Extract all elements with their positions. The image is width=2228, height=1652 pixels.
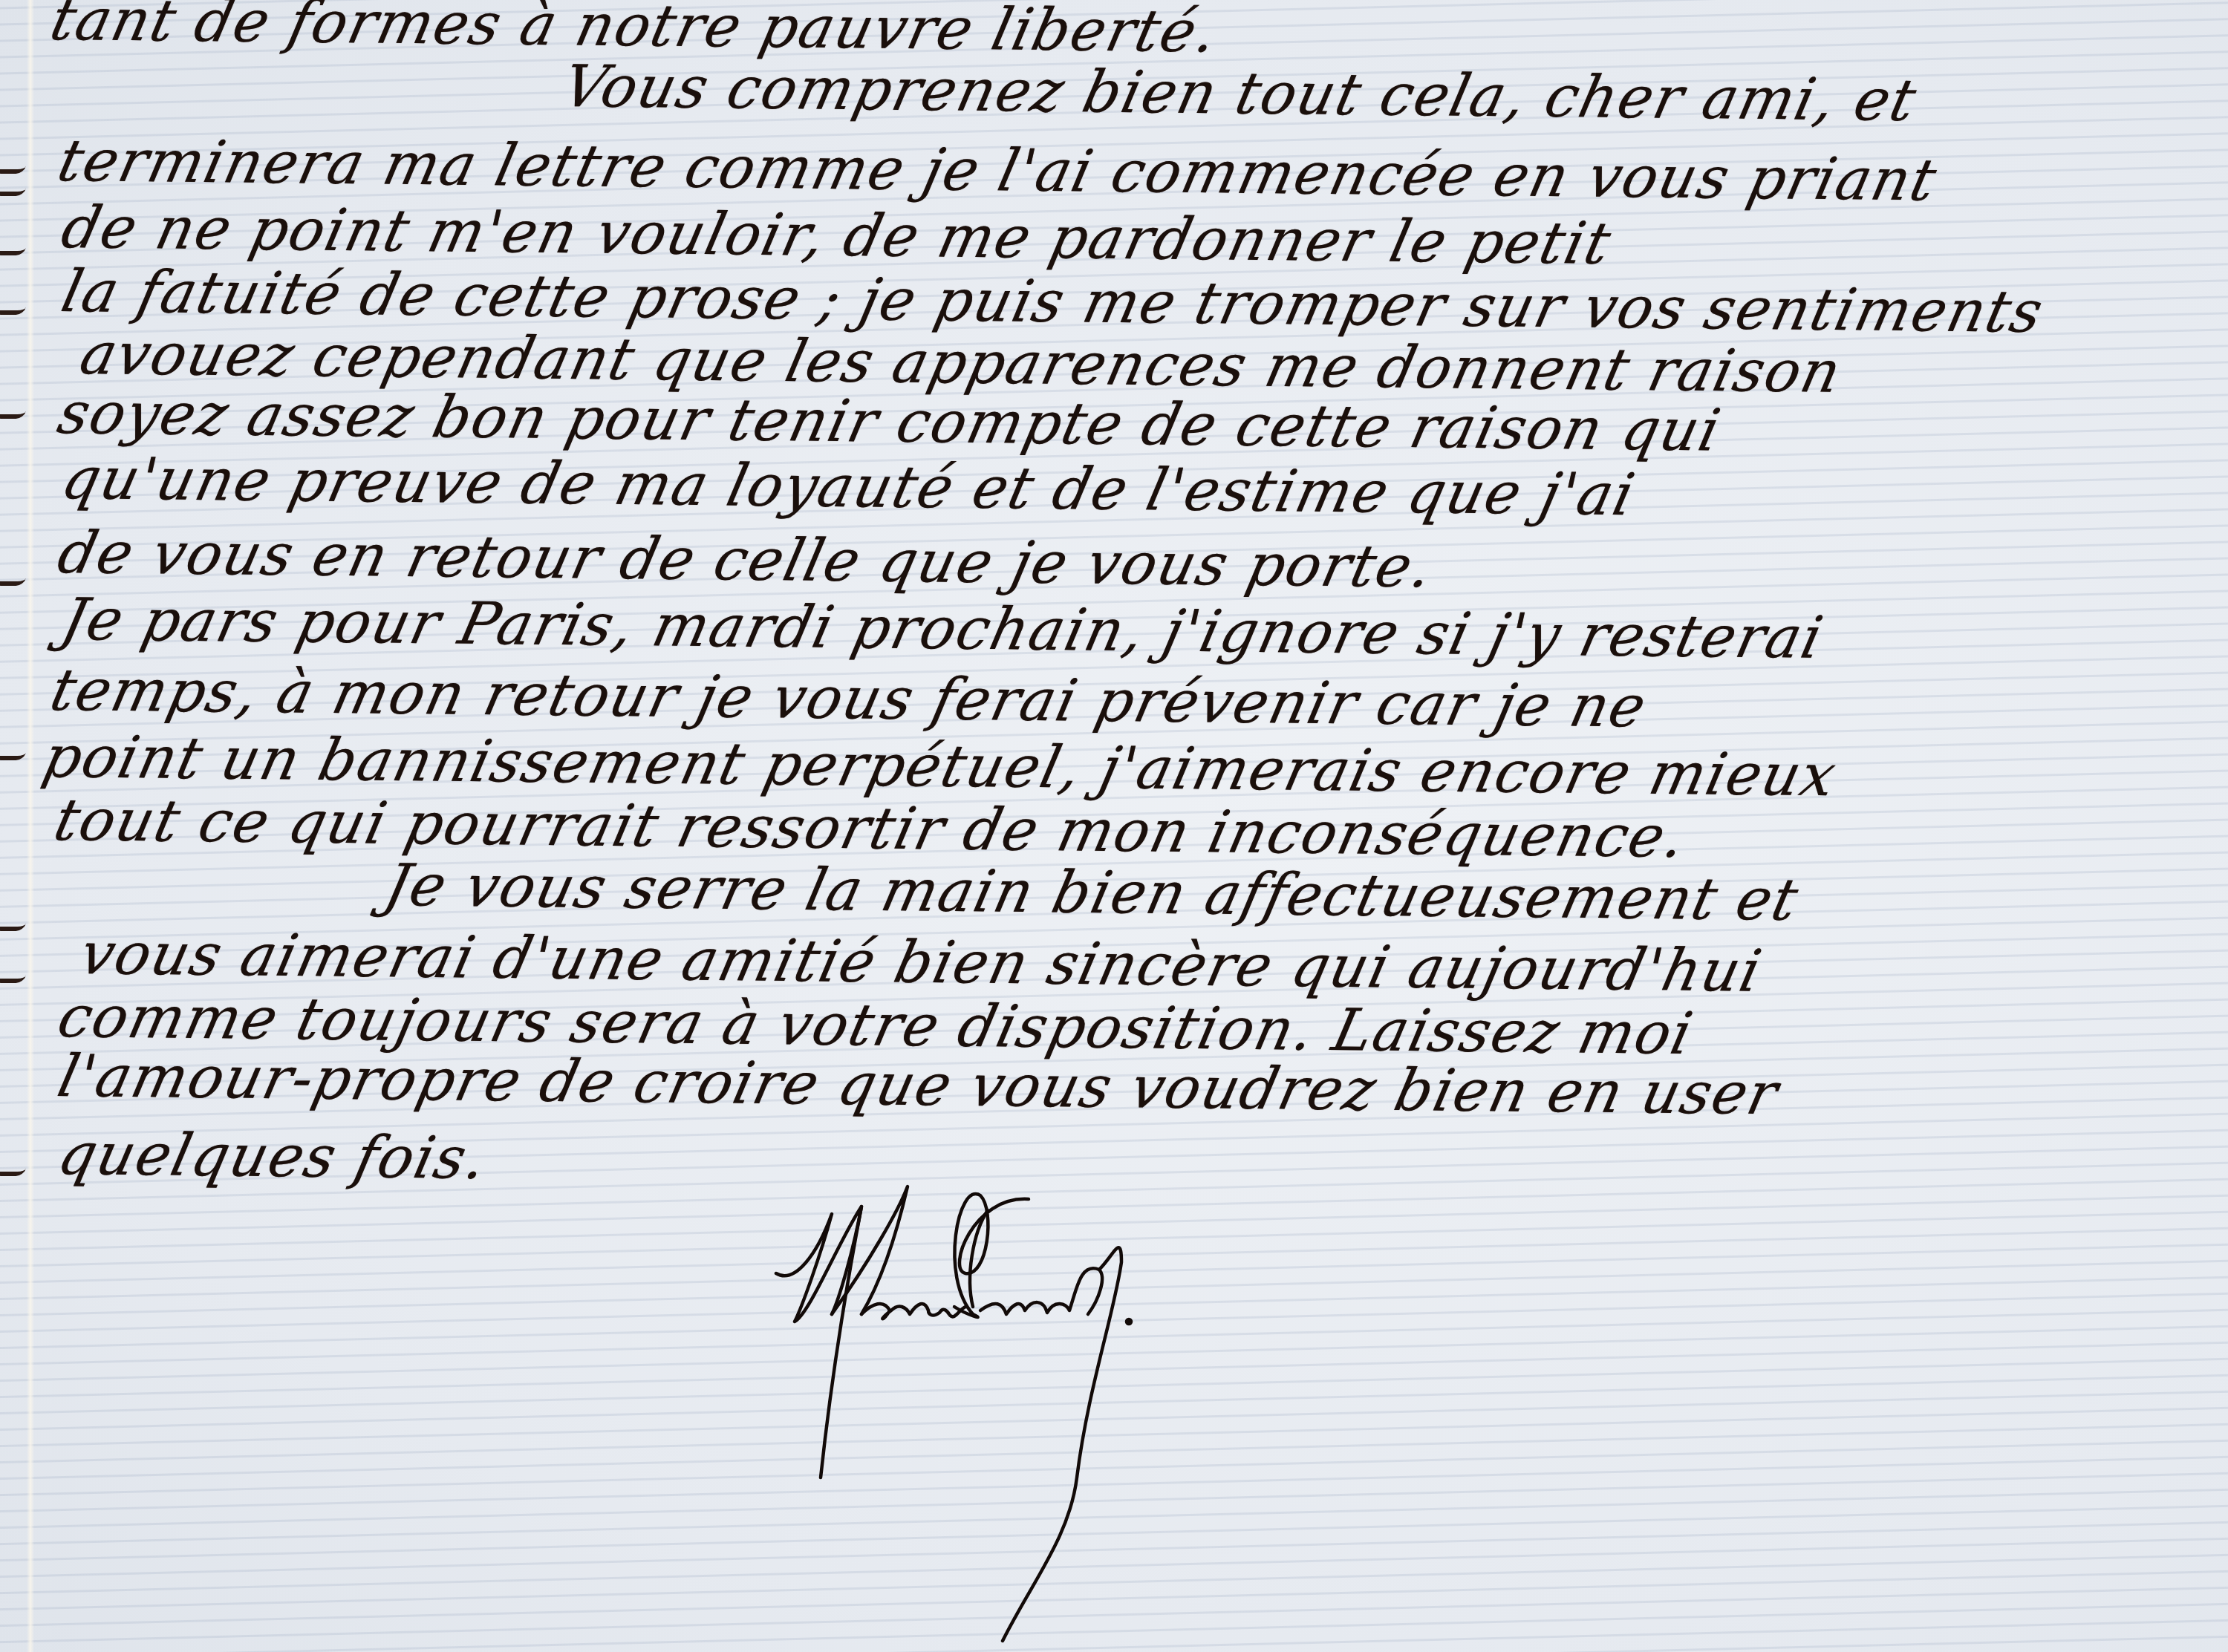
letter-line-18: quelques fois. — [52, 1121, 494, 1192]
signature-flourish-icon — [750, 1166, 1827, 1648]
signature: Marie Dumont — [750, 1166, 1827, 1648]
letter-line-14: Je vous serre la main bien affectueuseme… — [379, 852, 1805, 934]
letter-page: tant de formes à notre pauvre liberté. V… — [0, 0, 2228, 1652]
letter-line-2: Vous comprenez bien tout cela, cher ami,… — [557, 53, 1924, 134]
letter-line-10: Je pars pour Paris, mardi prochain, j'ig… — [56, 587, 1830, 672]
